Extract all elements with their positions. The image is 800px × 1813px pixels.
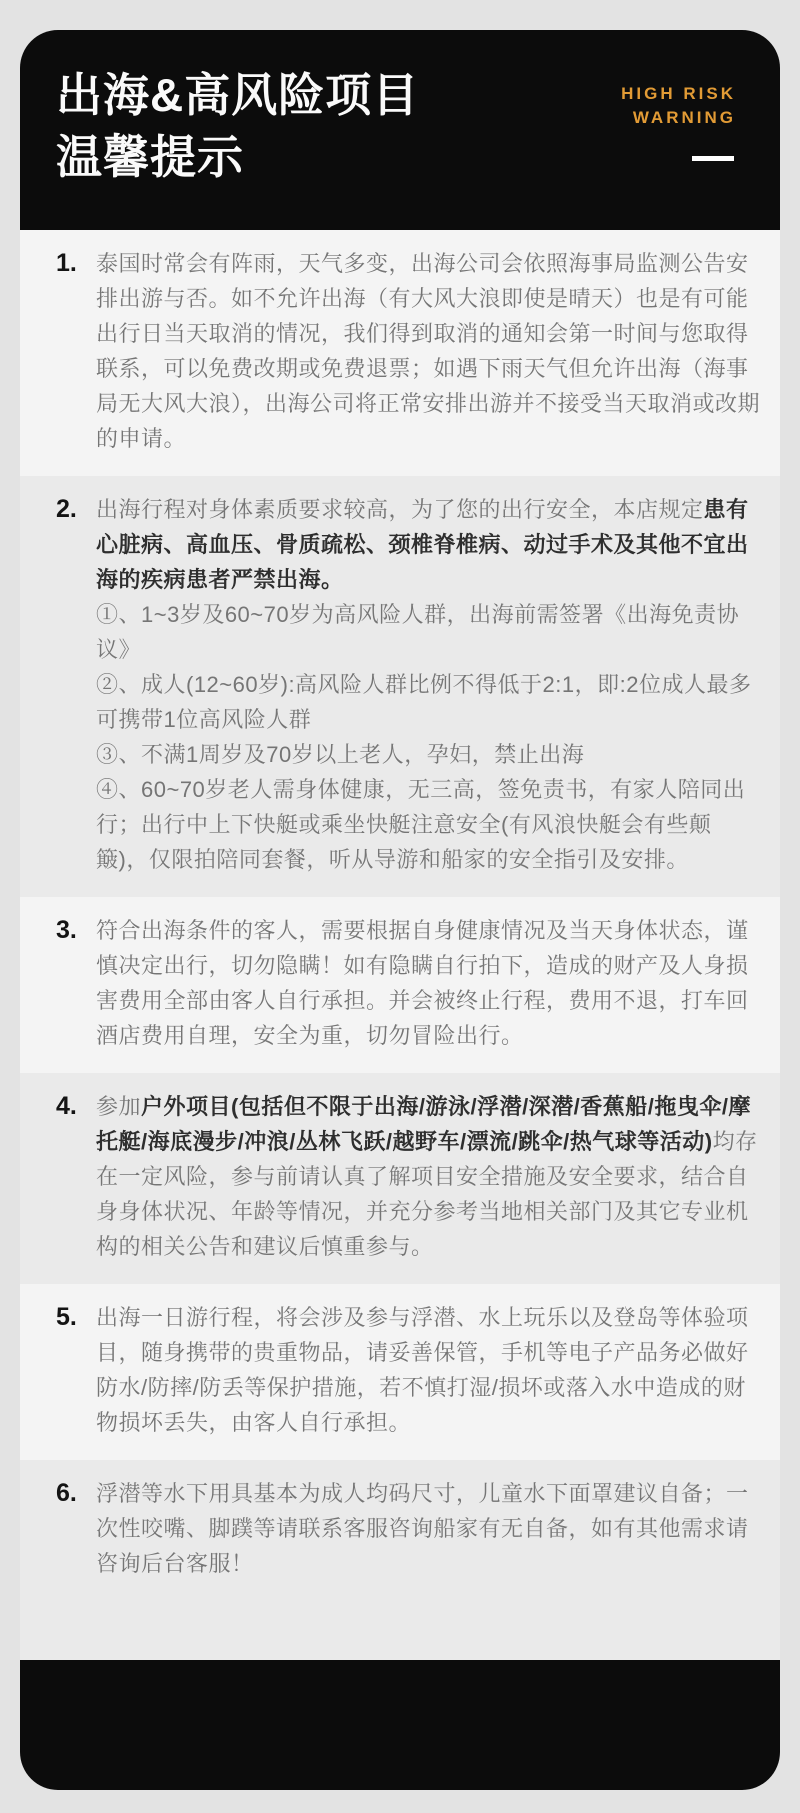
notice-text: ③、不满1周岁及70岁以上老人，孕妇，禁止出海: [96, 742, 584, 767]
notice-paragraph: ②、成人(12~60岁):高风险人群比例不得低于2:1，即:2位成人最多可携带1…: [96, 667, 760, 737]
header-dash-decoration: [692, 156, 734, 161]
item-body: 出海一日游行程，将会涉及参与浮潜、水上玩乐以及登岛等体验项目，随身携带的贵重物品…: [96, 1300, 760, 1440]
notice-card: 出海&高风险项目 温馨提示 HIGH RISK WARNING 珠海阳光国旅 珠…: [20, 30, 780, 1790]
notice-paragraph: ④、60~70岁老人需身体健康，无三高，签免责书，有家人陪同出行；出行中上下快艇…: [96, 772, 760, 877]
notice-section-6: 6. 浮潜等水下用具基本为成人均码尺寸，儿童水下面罩建议自备；一次性咬嘴、脚蹼等…: [20, 1460, 780, 1660]
notice-list: 珠海阳光国旅 珠海阳光国旅 珠海阳光国旅 1. 泰国时常会有阵雨，天气多变，出海…: [20, 230, 780, 1660]
notice-text: ①、1~3岁及60~70岁为高风险人群，出海前需签署《出海免责协议》: [96, 602, 739, 662]
page-title-line2: 温馨提示: [56, 126, 419, 188]
notice-paragraph: 符合出海条件的客人，需要根据自身健康情况及当天身体状态，谨慎决定出行，切勿隐瞒！…: [96, 913, 760, 1053]
high-risk-badge-line2: WARNING: [621, 106, 736, 130]
item-number: 2.: [56, 492, 96, 877]
notice-page: 出海&高风险项目 温馨提示 HIGH RISK WARNING 珠海阳光国旅 珠…: [0, 0, 800, 1813]
notice-section-4: 4. 参加户外项目(包括但不限于出海/游泳/浮潜/深潜/香蕉船/拖曳伞/摩托艇/…: [20, 1073, 780, 1284]
item-body: 参加户外项目(包括但不限于出海/游泳/浮潜/深潜/香蕉船/拖曳伞/摩托艇/海底漫…: [96, 1089, 760, 1264]
item-number: 5.: [56, 1300, 96, 1440]
notice-section-3: 3. 符合出海条件的客人，需要根据自身健康情况及当天身体状态，谨慎决定出行，切勿…: [20, 897, 780, 1073]
notice-paragraph: 泰国时常会有阵雨，天气多变，出海公司会依照海事局监测公告安排出游与否。如不允许出…: [96, 246, 760, 456]
notice-footer: [20, 1660, 780, 1790]
notice-paragraph: ①、1~3岁及60~70岁为高风险人群，出海前需签署《出海免责协议》: [96, 597, 760, 667]
notice-paragraph: 出海一日游行程，将会涉及参与浮潜、水上玩乐以及登岛等体验项目，随身携带的贵重物品…: [96, 1300, 760, 1440]
notice-text: 泰国时常会有阵雨，天气多变，出海公司会依照海事局监测公告安排出游与否。如不允许出…: [96, 251, 760, 451]
notice-text: 出海行程对身体素质要求较高，为了您的出行安全，本店规定: [96, 497, 704, 522]
notice-text: 参加: [96, 1094, 141, 1119]
item-number: 3.: [56, 913, 96, 1053]
notice-text: 浮潜等水下用具基本为成人均码尺寸，儿童水下面罩建议自备；一次性咬嘴、脚蹼等请联系…: [96, 1481, 749, 1576]
item-body: 符合出海条件的客人，需要根据自身健康情况及当天身体状态，谨慎决定出行，切勿隐瞒！…: [96, 913, 760, 1053]
item-number: 6.: [56, 1476, 96, 1640]
item-body: 出海行程对身体素质要求较高，为了您的出行安全，本店规定患有心脏病、高血压、骨质疏…: [96, 492, 760, 877]
notice-text-emphasis: 户外项目(包括但不限于出海/游泳/浮潜/深潜/香蕉船/拖曳伞/摩托艇/海底漫步/…: [96, 1094, 751, 1154]
notice-text: 出海一日游行程，将会涉及参与浮潜、水上玩乐以及登岛等体验项目，随身携带的贵重物品…: [96, 1305, 749, 1435]
notice-header: 出海&高风险项目 温馨提示 HIGH RISK WARNING: [20, 30, 780, 230]
notice-paragraph: 参加户外项目(包括但不限于出海/游泳/浮潜/深潜/香蕉船/拖曳伞/摩托艇/海底漫…: [96, 1089, 760, 1264]
notice-section-2: 2. 出海行程对身体素质要求较高，为了您的出行安全，本店规定患有心脏病、高血压、…: [20, 476, 780, 897]
high-risk-badge-line1: HIGH RISK: [621, 82, 736, 106]
notice-section-5: 5. 出海一日游行程，将会涉及参与浮潜、水上玩乐以及登岛等体验项目，随身携带的贵…: [20, 1284, 780, 1460]
item-body: 浮潜等水下用具基本为成人均码尺寸，儿童水下面罩建议自备；一次性咬嘴、脚蹼等请联系…: [96, 1476, 760, 1640]
item-body: 泰国时常会有阵雨，天气多变，出海公司会依照海事局监测公告安排出游与否。如不允许出…: [96, 246, 760, 456]
notice-paragraph: 出海行程对身体素质要求较高，为了您的出行安全，本店规定患有心脏病、高血压、骨质疏…: [96, 492, 760, 597]
page-title: 出海&高风险项目 温馨提示: [56, 64, 419, 188]
notice-text: ②、成人(12~60岁):高风险人群比例不得低于2:1，即:2位成人最多可携带1…: [96, 672, 752, 732]
notice-text: ④、60~70岁老人需身体健康，无三高，签免责书，有家人陪同出行；出行中上下快艇…: [96, 777, 745, 872]
notice-paragraph: 浮潜等水下用具基本为成人均码尺寸，儿童水下面罩建议自备；一次性咬嘴、脚蹼等请联系…: [96, 1476, 760, 1581]
page-title-line1: 出海&高风险项目: [56, 64, 419, 126]
notice-text: 符合出海条件的客人，需要根据自身健康情况及当天身体状态，谨慎决定出行，切勿隐瞒！…: [96, 918, 749, 1048]
item-number: 4.: [56, 1089, 96, 1264]
notice-paragraph: ③、不满1周岁及70岁以上老人，孕妇，禁止出海: [96, 737, 760, 772]
item-number: 1.: [56, 246, 96, 456]
high-risk-badge: HIGH RISK WARNING: [621, 82, 736, 130]
notice-section-1: 1. 泰国时常会有阵雨，天气多变，出海公司会依照海事局监测公告安排出游与否。如不…: [20, 230, 780, 476]
